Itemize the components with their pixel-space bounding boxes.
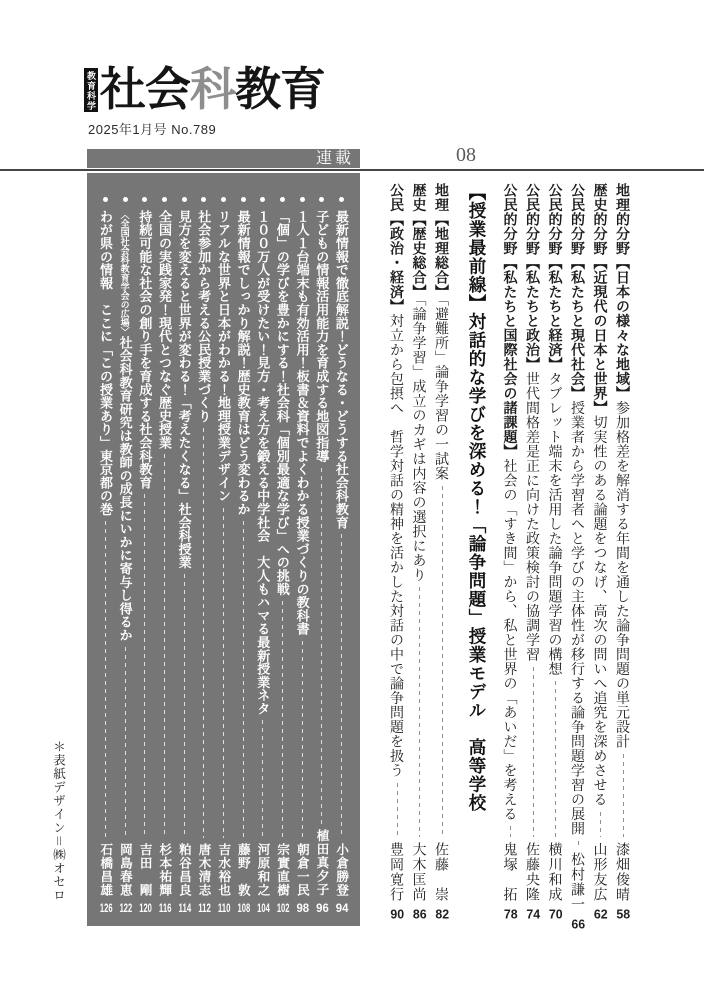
- entry-page-number: 102: [277, 903, 289, 915]
- entry-subtitle: 【私たちと経済】: [548, 256, 564, 372]
- entry-title: 最新情報で徹底解説！どうなる・どうする社会科教育: [335, 210, 348, 529]
- entry-title: わが県の情報 ここに「この授業あり」東京都の巻: [99, 210, 112, 516]
- leader-line: [555, 681, 556, 837]
- toc-entry: 最新情報でしっかり解説！歴史教育はどう変わるか藤野 敦108: [237, 197, 250, 914]
- entry-category: 公民的分野: [525, 183, 541, 256]
- entry-subtitle: 【日本の様々な地域】: [615, 256, 631, 401]
- feature-toc-section: 地理的分野【日本の様々な地域】参加格差を解消する年間を通した論争問題の単元設計漆…: [390, 183, 630, 920]
- entry-author: 藤野 敦: [237, 843, 250, 897]
- entry-title-text: 「個」の学びを豊かにする！社会科「個別最適な学び」への挑戦: [275, 210, 290, 596]
- entry-author: 漆畑俊晴: [616, 842, 630, 902]
- entry-category: 歴史的分野: [593, 183, 609, 256]
- toc-entry: 最新情報で徹底解説！どうなる・どうする社会科教育小倉勝登94: [335, 197, 348, 914]
- toc-entry: 歴史的分野【近現代の日本と世界】切実性のある論題をつなげ、高次の問いへ追究を深め…: [594, 183, 608, 920]
- toc-entry: 社会参加から考える公民授業づくり唐木清志112: [197, 197, 210, 914]
- bullet-icon: [201, 197, 206, 202]
- leader-line: [105, 521, 106, 838]
- toc-entry: 公民的分野【私たちと現代社会】授業者から学習者へと学びの主体性が移行する論争問題…: [571, 183, 585, 920]
- entry-title-text: １００万人が受けたい！見方・考え方を鍛える中学社会 大人もハマる最新授業ネタ: [255, 210, 270, 715]
- leader-line: [223, 508, 224, 838]
- entry-page-number: 78: [504, 908, 517, 921]
- entry-page-number: 104: [257, 903, 269, 915]
- entry-author: 朝倉一民: [296, 843, 309, 897]
- entry-page-number: 98: [296, 903, 308, 915]
- toc-entry: 見方を変えると世界が変わる！「考えたくなる」社会科授業粕谷昌良114: [178, 197, 191, 914]
- leader-line: [164, 454, 165, 837]
- entry-author: 鬼塚 拓: [504, 842, 518, 902]
- toc-entry: リアルな世界と日本がわかる！地理授業デザイン吉水裕也110: [217, 197, 230, 914]
- leader-line: [341, 534, 342, 837]
- entry-title: 公民的分野【私たちと現代社会】授業者から学習者へと学びの主体性が移行する論争問題…: [571, 183, 585, 836]
- entry-page-number: 82: [436, 908, 449, 921]
- toc-entry: 公民的分野【私たちと政治】世代間格差是正に向けた政策検討の協調学習佐藤央隆74: [526, 183, 540, 920]
- entry-title-text: 最新情報でしっかり解説！歴史教育はどう変わるか: [236, 210, 251, 516]
- feature-headline: 【授業最前線】対話的な学びを深める！「論争問題」授業モデル 高等学校: [468, 183, 486, 920]
- entry-category: 公民的分野: [570, 183, 586, 256]
- entry-title: 持続可能な社会の創り手を育成する社会科教育: [138, 210, 151, 489]
- bullet-icon: [280, 197, 285, 202]
- leader-line: [184, 574, 185, 837]
- entry-title-text: 見方を変えると世界が変わる！「考えたくなる」社会科授業: [177, 210, 192, 569]
- entry-page-number: 74: [527, 908, 540, 921]
- entry-subtitle: 【政治・経済】: [389, 212, 405, 314]
- entry-title-text: 子どもの情報活用能力を育成する地図指導: [314, 210, 329, 463]
- magazine-title-part3: 教育: [235, 63, 325, 115]
- entry-title: 見方を変えると世界が変わる！「考えたくなる」社会科授業: [178, 210, 191, 569]
- entry-page-number: 112: [198, 903, 210, 915]
- entry-title: 歴史的分野【近現代の日本と世界】切実性のある論題をつなげ、高次の問いへ追究を深め…: [594, 183, 608, 807]
- leader-line: [442, 486, 443, 837]
- entry-author: 吉田 剛: [139, 843, 152, 897]
- entry-title-text: 対立から包摂へ 哲学対話の精神を活かした対話の中で論争問題を扱う: [389, 314, 405, 778]
- entry-title-text: 世代間格差是正に向けた政策検討の協調学習: [525, 372, 541, 662]
- leader-line: [600, 812, 601, 837]
- leader-line: [321, 468, 322, 824]
- entry-author: 粕谷昌良: [178, 843, 191, 897]
- bullet-icon: [162, 197, 167, 202]
- entry-category: 公民的分野: [503, 183, 519, 256]
- magazine-title-part1: 社会: [100, 63, 190, 115]
- entry-title: 社会参加から考える公民授業づくり: [197, 210, 210, 423]
- entry-title-text: 持続可能な社会の創り手を育成する社会科教育: [137, 210, 152, 489]
- bullet-icon: [339, 197, 344, 202]
- leader-line: [578, 841, 579, 847]
- entry-title-text: 「論争学習」成立のカギは内容の選択にあり: [412, 299, 428, 582]
- entry-title: 「個」の学びを豊かにする！社会科「個別最適な学び」への挑戦: [276, 210, 289, 596]
- entry-page-number: 114: [178, 903, 190, 915]
- entry-title-text: リアルな世界と日本がわかる！地理授業デザイン: [216, 210, 231, 503]
- leader-line: [125, 647, 126, 838]
- entry-author: 杉本祐輝: [158, 843, 171, 897]
- issue-date: 2025年1月号 No.789: [88, 119, 216, 138]
- entry-author: 河原和之: [257, 843, 270, 897]
- entry-author: 大木匡尚: [413, 842, 427, 902]
- entry-title: 〈全国社会科教育学会の広場〉社会科教育研究は教師の成長にいかに寄与し得るか: [119, 210, 132, 642]
- masthead: 教育科学 社会科教育: [84, 66, 325, 112]
- toc-entry: わが県の情報 ここに「この授業あり」東京都の巻石橋昌雄126: [99, 197, 112, 914]
- toc-entry: 全国の実践家発！現代とつなぐ歴史授業杉本祐輝116: [158, 197, 171, 914]
- serial-columns: 最新情報で徹底解説！どうなる・どうする社会科教育小倉勝登94子どもの情報活用能力…: [99, 197, 348, 914]
- entry-category: 地理的分野: [615, 183, 631, 256]
- divider-rule: [0, 169, 704, 171]
- entry-title: 公民的分野【私たちと経済】タブレット端末を活用した論争問題学習の構想: [549, 183, 563, 676]
- entry-author: 吉水裕也: [217, 843, 230, 897]
- entry-page-number: 62: [594, 908, 607, 921]
- entry-title-text: 全国の実践家発！現代とつなぐ歴史授業: [157, 210, 172, 449]
- entry-title-text: タブレット端末を活用した論争問題学習の構想: [548, 372, 564, 677]
- bullet-icon: [241, 197, 246, 202]
- toc-entry: １００万人が受けたい！見方・考え方を鍛える中学社会 大人もハマる最新授業ネタ河原…: [256, 197, 269, 914]
- entry-title-text: １人１台端末も有効活用！板書＆資料でよくわかる授業づくりの教科書: [295, 210, 310, 636]
- entry-author: 山形友広: [594, 842, 608, 902]
- entry-title-text: わが県の情報 ここに「この授業あり」東京都の巻: [98, 210, 113, 516]
- bullet-icon: [319, 197, 324, 202]
- entry-author: 植田真夕子: [315, 829, 328, 897]
- page-number-label: 08: [442, 144, 490, 167]
- entry-category: 公民的分野: [548, 183, 564, 256]
- entry-title-text: 授業者から学習者へと学びの主体性が移行する論争問題学習の展開: [570, 401, 586, 836]
- entry-title-text: 最新情報で徹底解説！どうなる・どうする社会科教育: [334, 210, 349, 529]
- leader-line: [144, 494, 145, 837]
- toc-entry: 地理的分野【日本の様々な地域】参加格差を解消する年間を通した論争問題の単元設計漆…: [616, 183, 630, 920]
- entry-page-number: 86: [413, 908, 426, 921]
- entry-author: 小倉勝登: [335, 843, 348, 897]
- entry-page-number: 94: [336, 903, 348, 915]
- entry-author: 松村謙一: [571, 852, 585, 912]
- entry-title-text: 切実性のある論題をつなげ、高次の問いへ追究を深めさせる: [593, 415, 609, 807]
- leader-line: [419, 587, 420, 837]
- magazine-title: 社会科教育: [100, 66, 325, 112]
- bullet-icon: [182, 197, 187, 202]
- magazine-toc-page: 教育科学 社会科教育 2025年1月号 No.789 連載 08 地理的分野【日…: [0, 0, 704, 1000]
- entry-title: 公民【政治・経済】対立から包摂へ 哲学対話の精神を活かした対話の中で論争問題を扱…: [390, 183, 404, 778]
- toc-entry: 地理【地理総合】「避難所」論争学習の一試案佐藤 崇82: [435, 183, 449, 920]
- entry-page-number: 116: [159, 903, 171, 915]
- leader-line: [282, 601, 283, 838]
- entry-page-number: 126: [100, 903, 112, 915]
- toc-entry: １人１台端末も有効活用！板書＆資料でよくわかる授業づくりの教科書朝倉一民98: [296, 197, 309, 914]
- entry-author: 唐木清志: [198, 843, 211, 897]
- entry-page-number: 66: [572, 918, 585, 931]
- bullet-icon: [142, 197, 147, 202]
- entry-title: 公民的分野【私たちと政治】世代間格差是正に向けた政策検討の協調学習: [526, 183, 540, 662]
- entry-title: 地理【地理総合】「避難所」論争学習の一試案: [435, 183, 449, 481]
- entry-title: 最新情報でしっかり解説！歴史教育はどう変わるか: [237, 210, 250, 516]
- logo-prefix-box: 教育科学: [84, 68, 98, 112]
- bullet-icon: [300, 197, 305, 202]
- entry-category: 歴史: [412, 183, 428, 212]
- entry-category: 地理: [434, 183, 450, 212]
- cover-design-note: ＊表紙デザイン＝㈱オセロ: [52, 740, 65, 950]
- leader-line: [510, 826, 511, 837]
- entry-page-number: 110: [218, 903, 230, 915]
- toc-entry: 公民的分野【私たちと経済】タブレット端末を活用した論争問題学習の構想横川和成70: [549, 183, 563, 920]
- leader-line: [262, 720, 263, 837]
- entry-subtitle: 【地理総合】: [434, 212, 450, 299]
- toc-entry: 〈全国社会科教育学会の広場〉社会科教育研究は教師の成長にいかに寄与し得るか岡島春…: [119, 197, 132, 914]
- entry-title: 地理的分野【日本の様々な地域】参加格差を解消する年間を通した論争問題の単元設計: [616, 183, 630, 749]
- entry-title: １人１台端末も有効活用！板書＆資料でよくわかる授業づくりの教科書: [296, 210, 309, 636]
- entry-title-text: 参加格差を解消する年間を通した論争問題の単元設計: [615, 401, 631, 749]
- entry-title: 全国の実践家発！現代とつなぐ歴史授業: [158, 210, 171, 449]
- entry-author: 横川和成: [549, 842, 563, 902]
- entry-subtitle: 【私たちと政治】: [525, 256, 541, 372]
- entry-author: 石橋昌雄: [99, 843, 112, 897]
- entry-title-prefix: 〈全国社会科教育学会の広場〉: [120, 210, 130, 336]
- bullet-icon: [103, 197, 108, 202]
- leader-line: [397, 783, 398, 837]
- toc-entry: 「個」の学びを豊かにする！社会科「個別最適な学び」への挑戦宗實直樹102: [276, 197, 289, 914]
- toc-entry: 公民【政治・経済】対立から包摂へ 哲学対話の精神を活かした対話の中で論争問題を扱…: [390, 183, 404, 920]
- entry-title-text: 「避難所」論争学習の一試案: [434, 299, 450, 481]
- entry-author: 佐藤 崇: [435, 842, 449, 902]
- entry-page-number: 96: [316, 903, 328, 915]
- entry-author: 豊岡寛行: [390, 842, 404, 902]
- magazine-title-part2: 科: [190, 63, 235, 115]
- leader-line: [203, 428, 204, 838]
- entry-subtitle: 【私たちと国際社会の諸課題】: [503, 256, 519, 459]
- entry-page-number: 58: [617, 908, 630, 921]
- entry-author: 佐藤央隆: [526, 842, 540, 902]
- serial-section-label: 連載: [316, 151, 360, 167]
- entry-subtitle: 【歴史総合】: [412, 212, 428, 299]
- leader-line: [533, 667, 534, 837]
- entry-title-text: 社会の「すき間」から、私と世界の「あいだ」を考える: [503, 459, 519, 822]
- toc-entry: 子どもの情報活用能力を育成する地図指導植田真夕子96: [315, 197, 328, 914]
- entry-page-number: 108: [237, 903, 249, 915]
- entry-title-text: 社会科教育研究は教師の成長にいかに寄与し得るか: [118, 336, 133, 642]
- entry-title: 子どもの情報活用能力を育成する地図指導: [315, 210, 328, 463]
- leader-line: [623, 754, 624, 837]
- toc-entry: 歴史【歴史総合】「論争学習」成立のカギは内容の選択にあり大木匡尚86: [413, 183, 427, 920]
- toc-entry: 持続可能な社会の創り手を育成する社会科教育吉田 剛120: [138, 197, 151, 914]
- entry-page-number: 122: [119, 903, 131, 915]
- entry-title: リアルな世界と日本がわかる！地理授業デザイン: [217, 210, 230, 503]
- serial-toc-box: 最新情報で徹底解説！どうなる・どうする社会科教育小倉勝登94子どもの情報活用能力…: [87, 173, 360, 926]
- entry-page-number: 90: [391, 908, 404, 921]
- entry-subtitle: 【近現代の日本と世界】: [593, 256, 609, 416]
- leader-line: [302, 641, 303, 838]
- entry-title-text: 社会参加から考える公民授業づくり: [196, 210, 211, 423]
- entry-page-number: 70: [549, 908, 562, 921]
- bullet-icon: [260, 197, 265, 202]
- entry-title: 公民的分野【私たちと国際社会の諸課題】社会の「すき間」から、私と世界の「あいだ」…: [504, 183, 518, 821]
- entry-page-number: 120: [139, 903, 151, 915]
- entry-author: 岡島春恵: [119, 843, 132, 897]
- serial-section-header-bar: 連載: [87, 149, 360, 168]
- bullet-icon: [123, 197, 128, 202]
- entry-author: 宗實直樹: [276, 843, 289, 897]
- entry-title: １００万人が受けたい！見方・考え方を鍛える中学社会 大人もハマる最新授業ネタ: [256, 210, 269, 715]
- entry-title: 歴史【歴史総合】「論争学習」成立のカギは内容の選択にあり: [413, 183, 427, 582]
- leader-line: [243, 521, 244, 838]
- bullet-icon: [221, 197, 226, 202]
- entry-subtitle: 【私たちと現代社会】: [570, 256, 586, 401]
- entry-category: 公民: [389, 183, 405, 212]
- toc-entry: 公民的分野【私たちと国際社会の諸課題】社会の「すき間」から、私と世界の「あいだ」…: [504, 183, 518, 920]
